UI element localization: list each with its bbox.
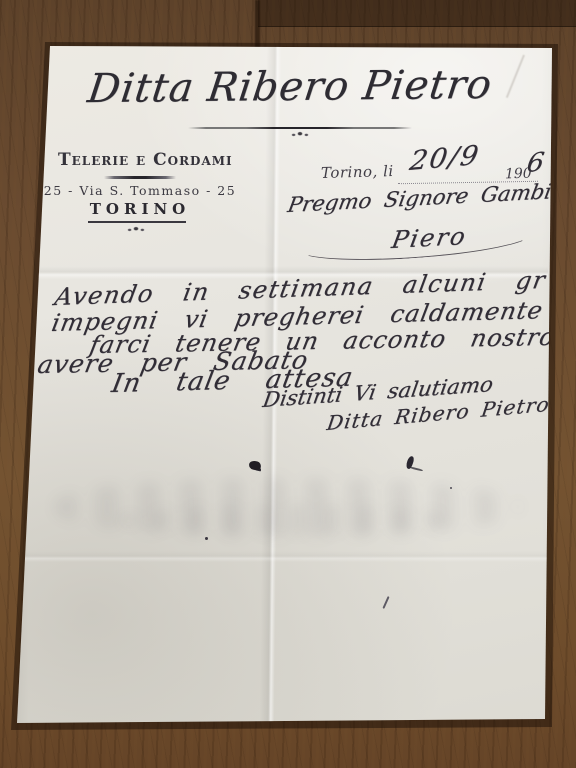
printer-flourish-ornament <box>126 226 146 232</box>
wood-plank-dark-strip <box>258 0 576 27</box>
business-line-underline <box>104 176 176 179</box>
letterhead-divider-rule <box>188 127 412 129</box>
printer-flourish-ornament <box>290 131 310 137</box>
ink-speck <box>450 487 452 489</box>
ink-showthrough-smudge <box>120 505 460 535</box>
ink-blot <box>248 460 262 472</box>
pen-flourish-swash <box>297 218 533 266</box>
dateline-printed-place: Torino, li <box>321 162 394 182</box>
city-divider-rule <box>88 221 186 223</box>
recipient-line-1: Pregmo Signore Gambino <box>286 178 576 217</box>
letterhead-city: TORINO <box>40 200 240 218</box>
dateline-handwritten-year-digit: 6 <box>525 147 546 179</box>
ink-blot-tail <box>410 466 423 471</box>
stray-pen-mark <box>382 596 389 609</box>
ink-speck <box>205 537 208 540</box>
fold-crease-horizontal-lower <box>18 551 548 562</box>
letterhead-business-line: Telerie e Cordami <box>58 150 226 170</box>
letterhead-company-name: Ditta Ribero Pietro <box>27 61 554 112</box>
letterhead-street-address: 25 - Via S. Tommaso - 25 <box>40 183 240 198</box>
letter-document: Ditta Ribero Pietro Telerie e Cordami 25… <box>0 0 576 768</box>
dateline-handwritten-date: 20/9 <box>408 140 483 177</box>
